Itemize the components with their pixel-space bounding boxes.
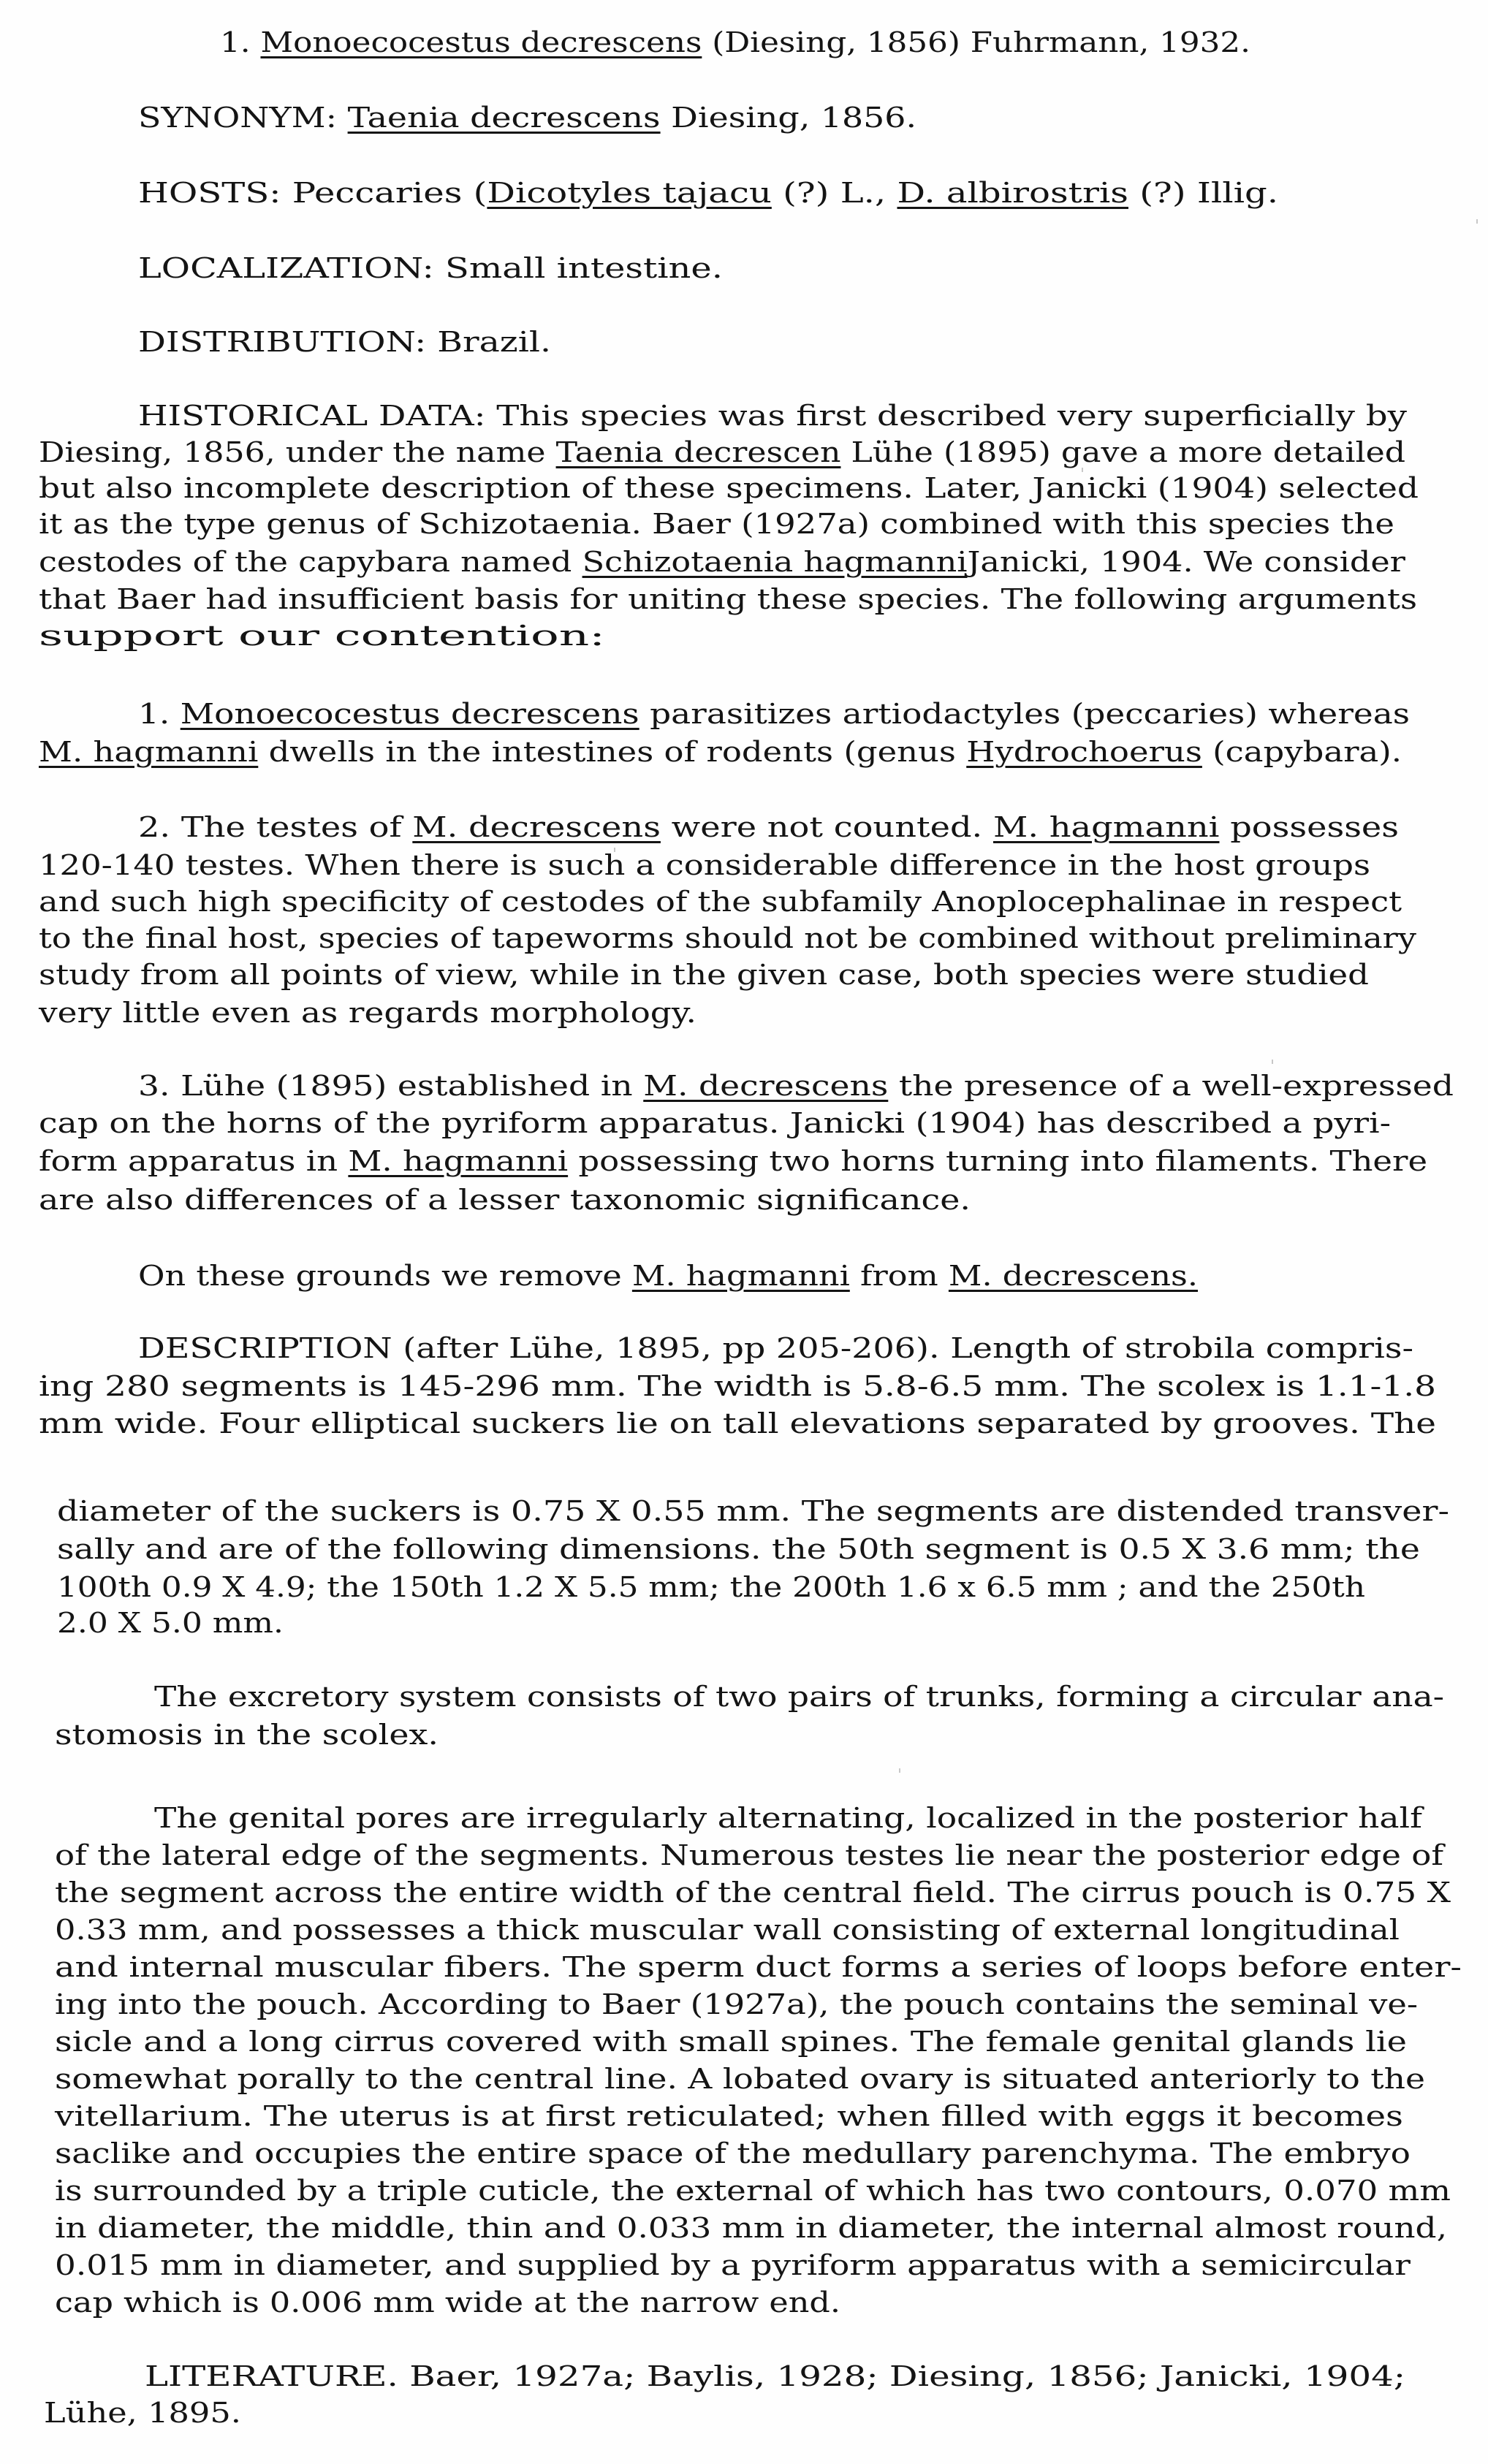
localization-line: LOCALIZATION: Small intestine. — [138, 252, 723, 284]
hosts-line: HOSTS: Peccaries (Dicotyles tajacu (?) L… — [138, 177, 1278, 209]
synonym-label: SYNONYM: — [138, 102, 337, 134]
literature-line-2: Lühe, 1895. — [44, 2397, 241, 2429]
host-d-albirostris: D. albirostris — [897, 177, 1128, 209]
historical-text: cestodes of the capybara named — [39, 546, 572, 578]
excretory-line-2: stomosis in the scolex. — [55, 1719, 439, 1751]
argument-2-line-1: 2. The testes of M. decrescens were not … — [138, 811, 1399, 843]
description-line-3: mm wide. Four elliptical suckers lie on … — [39, 1407, 1436, 1440]
argument-text: (capybara). — [1212, 736, 1402, 768]
description-line-7: 2.0 X 5.0 mm. — [57, 1607, 284, 1639]
historical-text: Diesing, 1856, under the name — [39, 436, 546, 468]
description-line-5: sally and are of the following dimension… — [57, 1533, 1420, 1565]
synonym-line: SYNONYM: Taenia decrescens Diesing, 1856… — [138, 102, 916, 134]
historical-text: This species was first described very su… — [496, 400, 1407, 432]
m-hagmanni: M. hagmanni — [39, 736, 258, 768]
genital-line-7: sicle and a long cirrus covered with sma… — [55, 2026, 1407, 2058]
literature-line-1: LITERATURE. Baer, 1927a; Baylis, 1928; D… — [145, 2360, 1405, 2392]
conclusion-text: from — [860, 1260, 938, 1292]
monoecocestus-decrescens: Monoecocestus decrescens — [181, 698, 639, 730]
argument-2-line-4: to the final host, species of tapeworms … — [39, 922, 1416, 954]
genital-line-4: 0.33 mm, and possesses a thick muscular … — [55, 1914, 1400, 1946]
argument-text: the presence of a well-expressed — [899, 1070, 1454, 1102]
distribution-value: Brazil. — [437, 326, 551, 358]
conclusion-line: On these grounds we remove M. hagmanni f… — [138, 1260, 1198, 1292]
argument-text: possesses — [1230, 811, 1399, 843]
genital-line-2: of the lateral edge of the segments. Num… — [55, 1839, 1443, 1871]
argument-3-line-4: are also differences of a lesser taxonom… — [39, 1184, 971, 1216]
taenia-decrescen: Taenia decrescen — [556, 436, 841, 468]
historical-line-3: but also incomplete description of these… — [39, 472, 1419, 504]
m-hagmanni: M. hagmanni — [632, 1260, 850, 1292]
historical-line-7: support our contention: — [39, 620, 605, 652]
localization-label: LOCALIZATION: — [138, 252, 434, 284]
historical-label: HISTORICAL DATA: — [138, 400, 485, 432]
species-heading: 1. Monoecocestus decrescens (Diesing, 18… — [220, 26, 1250, 58]
synonym-authority: Diesing, 1856. — [671, 102, 916, 134]
genital-line-10: saclike and occupies the entire space of… — [55, 2137, 1411, 2170]
localization-value: Small intestine. — [445, 252, 723, 284]
host-dicotyles-tajacu: Dicotyles tajacu — [487, 177, 771, 209]
scan-artifact — [899, 1768, 900, 1773]
document-page: 1. Monoecocestus decrescens (Diesing, 18… — [0, 0, 1488, 2464]
synonym-name: Taenia decrescens — [348, 102, 661, 134]
description-line-1: DESCRIPTION (after Lühe, 1895, pp 205-20… — [138, 1332, 1413, 1364]
argument-text: possessing two horns turning into filame… — [578, 1145, 1427, 1177]
distribution-line: DISTRIBUTION: Brazil. — [138, 326, 551, 358]
excretory-line-1: The excretory system consists of two pai… — [154, 1681, 1444, 1713]
conclusion-text: On these grounds we remove — [138, 1260, 622, 1292]
scan-artifact — [1272, 1060, 1273, 1064]
argument-3-line-2: cap on the horns of the pyriform apparat… — [39, 1107, 1391, 1139]
genital-line-12: in diameter, the middle, thin and 0.033 … — [55, 2212, 1447, 2244]
hosts-pre: Peccaries ( — [292, 177, 487, 209]
historical-line-2: Diesing, 1856, under the name Taenia dec… — [39, 436, 1405, 468]
argument-3-line-1: 3. Lühe (1895) established in M. decresc… — [138, 1070, 1454, 1102]
description-line-4: diameter of the suckers is 0.75 X 0.55 m… — [57, 1495, 1449, 1527]
m-decrescens: M. decrescens — [643, 1070, 888, 1102]
argument-number: 1. — [138, 698, 170, 730]
genital-line-9: vitellarium. The uterus is at first reti… — [55, 2100, 1403, 2132]
historical-line-5: cestodes of the capybara named Schizotae… — [39, 546, 1405, 578]
historical-line-6: that Baer had insufficient basis for uni… — [39, 583, 1417, 615]
hosts-label: HOSTS: — [138, 177, 281, 209]
genital-line-13: 0.015 mm in diameter, and supplied by a … — [55, 2249, 1411, 2281]
description-line-6: 100th 0.9 X 4.9; the 150th 1.2 X 5.5 mm;… — [57, 1571, 1365, 1603]
historical-text: Janicki, 1904. We consider — [967, 546, 1405, 578]
genital-line-14: cap which is 0.006 mm wide at the narrow… — [55, 2286, 840, 2319]
argument-text: dwells in the intestines of rodents (gen… — [269, 736, 956, 768]
historical-text: Lühe (1895) gave a more detailed — [851, 436, 1405, 468]
argument-text: The testes of — [181, 811, 402, 843]
heading-species-name: Monoecocestus decrescens — [260, 26, 702, 58]
heading-authority: (Diesing, 1856) Fuhrmann, 1932. — [712, 26, 1250, 58]
argument-2-line-2: 120-140 testes. When there is such a con… — [39, 849, 1370, 881]
argument-text: Lühe (1895) established in — [181, 1070, 633, 1102]
argument-number: 2. — [138, 811, 170, 843]
genital-line-3: the segment across the entire width of t… — [55, 1876, 1451, 1909]
description-line-2: ing 280 segments is 145-296 mm. The widt… — [39, 1370, 1436, 1402]
schizotaenia-hagmanni: Schizotaenia hagmanni — [582, 546, 968, 578]
m-hagmanni: M. hagmanni — [993, 811, 1219, 843]
argument-text: were not counted. — [672, 811, 983, 843]
argument-number: 3. — [138, 1070, 170, 1102]
m-decrescens: M. decrescens — [412, 811, 661, 843]
hosts-post: (?) Illig. — [1139, 177, 1278, 209]
genital-line-8: somewhat porally to the central line. A … — [55, 2063, 1425, 2095]
argument-2-line-6: very little even as regards morphology. — [39, 997, 696, 1029]
historical-line-1: HISTORICAL DATA: This species was first … — [138, 400, 1407, 432]
genital-line-5: and internal muscular fibers. The sperm … — [55, 1951, 1462, 1983]
hydrochoerus: Hydrochoerus — [966, 736, 1202, 768]
argument-text: parasitizes artiodactyles (peccaries) wh… — [650, 698, 1410, 730]
historical-line-4: it as the type genus of Schizotaenia. Ba… — [39, 508, 1394, 540]
scan-artifact — [1476, 219, 1478, 224]
argument-2-line-5: study from all points of view, while in … — [39, 959, 1369, 991]
argument-1-line-2: M. hagmanni dwells in the intestines of … — [39, 736, 1402, 768]
hosts-mid: (?) L., — [783, 177, 886, 209]
argument-3-line-3: form apparatus in M. hagmanni possessing… — [39, 1145, 1427, 1177]
m-hagmanni: M. hagmanni — [348, 1145, 568, 1177]
argument-text: form apparatus in — [39, 1145, 338, 1177]
distribution-label: DISTRIBUTION: — [138, 326, 426, 358]
scan-artifact — [614, 848, 615, 852]
genital-line-11: is surrounded by a triple cuticle, the e… — [55, 2175, 1451, 2207]
heading-number: 1. — [220, 26, 251, 58]
genital-line-6: ing into the pouch. According to Baer (1… — [55, 1988, 1418, 2020]
argument-1-line-1: 1. Monoecocestus decrescens parasitizes … — [138, 698, 1410, 730]
m-decrescens: M. decrescens. — [949, 1260, 1198, 1292]
scan-artifact — [1082, 468, 1083, 472]
argument-2-line-3: and such high specificity of cestodes of… — [39, 886, 1402, 918]
genital-line-1: The genital pores are irregularly altern… — [154, 1802, 1422, 1834]
